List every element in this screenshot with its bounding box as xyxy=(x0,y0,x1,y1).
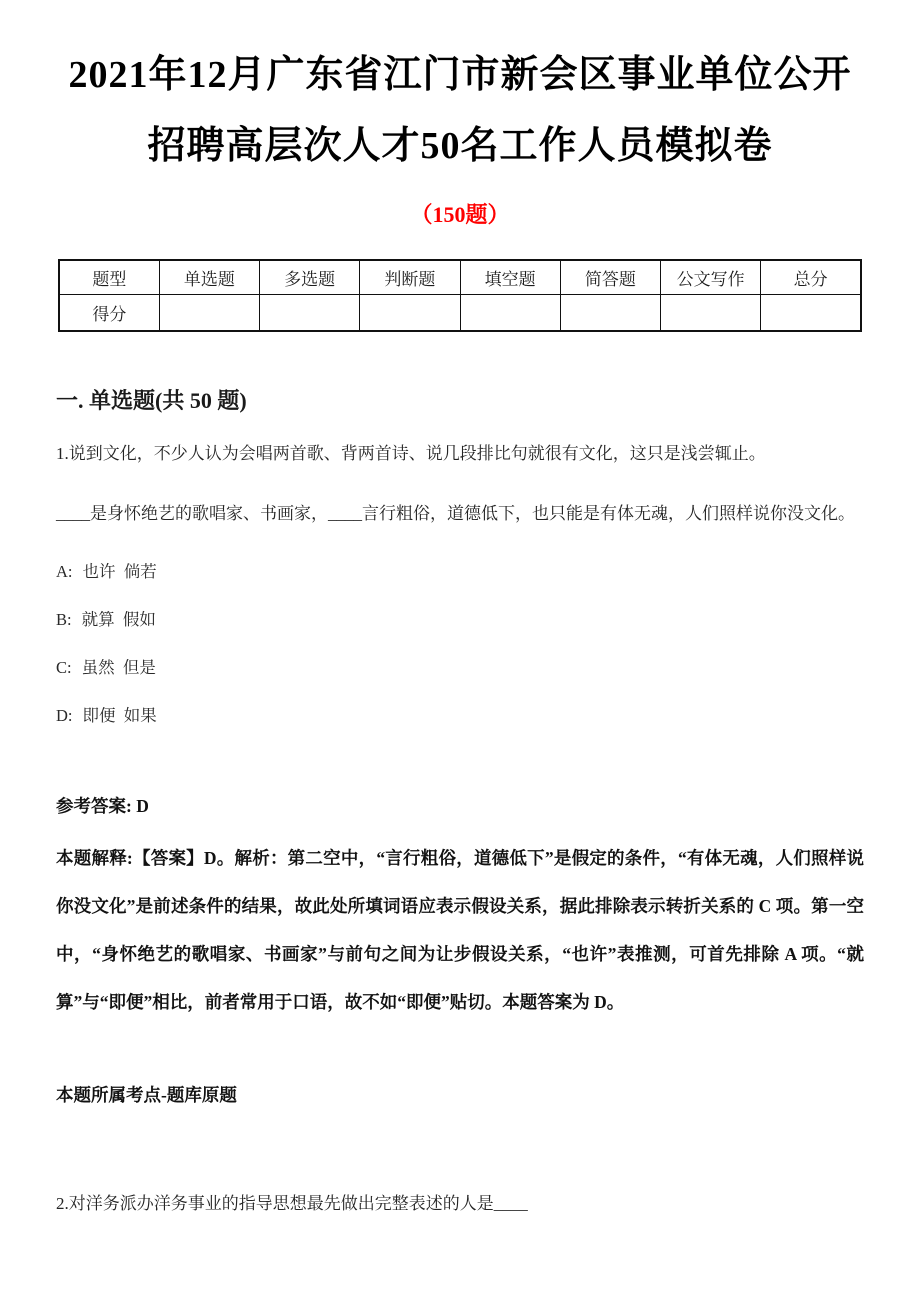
score-empty-cell xyxy=(460,294,560,331)
reference-answer-label: 参考答案: xyxy=(56,796,132,816)
score-table-header-cell: 判断题 xyxy=(360,260,460,294)
option-b-label: B: xyxy=(56,610,72,629)
score-empty-cell xyxy=(260,294,360,331)
score-empty-cell xyxy=(661,294,761,331)
option-b-text: 就算 假如 xyxy=(82,610,156,629)
option-a-text: 也许 倘若 xyxy=(83,562,157,581)
option-d-label: D: xyxy=(56,706,73,725)
score-table-header-cell: 填空题 xyxy=(460,260,560,294)
option-a: A:也许 倘若 xyxy=(56,561,864,583)
score-empty-cell xyxy=(360,294,460,331)
score-table-header-cell: 总分 xyxy=(761,260,861,294)
option-b: B:就算 假如 xyxy=(56,609,864,631)
score-empty-cell xyxy=(560,294,660,331)
explanation-label: 本题解释: xyxy=(56,848,133,868)
option-c: C:虽然 但是 xyxy=(56,657,864,679)
option-a-label: A: xyxy=(56,562,73,581)
question-1-text: 1.说到文化，不少人认为会唱两首歌、背两首诗、说几段排比句就很有文化，这只是浅尝… xyxy=(56,441,864,467)
reference-answer-line: 参考答案: D xyxy=(56,793,864,818)
score-table: 题型 单选题 多选题 判断题 填空题 简答题 公文写作 总分 得分 xyxy=(58,259,862,332)
option-c-label: C: xyxy=(56,658,72,677)
option-d: D:即便 如果 xyxy=(56,705,864,727)
question-1-options: A:也许 倘若 B:就算 假如 C:虽然 但是 D:即便 如果 xyxy=(56,561,864,727)
score-table-header-cell: 简答题 xyxy=(560,260,660,294)
score-table-header-row: 题型 单选题 多选题 判断题 填空题 简答题 公文写作 总分 xyxy=(59,260,861,294)
explanation-text: 【答案】D。解析：第二空中，“言行粗俗，道德低下”是假定的条件，“有体无魂，人们… xyxy=(56,848,864,1012)
score-row-label-cell: 得分 xyxy=(59,294,159,331)
score-table-score-row: 得分 xyxy=(59,294,861,331)
document-title: 2021年12月广东省江门市新会区事业单位公开招聘高层次人才50名工作人员模拟卷 xyxy=(62,40,858,182)
score-empty-cell xyxy=(761,294,861,331)
option-d-text: 即便 如果 xyxy=(83,706,157,725)
score-table-header-cell: 多选题 xyxy=(260,260,360,294)
reference-answer-value: D xyxy=(136,796,149,816)
question-2-text: 2.对洋务派办洋务事业的指导思想最先做出完整表述的人是____ xyxy=(56,1189,864,1214)
question-1-fill-text: ____是身怀绝艺的歌唱家、书画家，____言行粗俗，道德低下，也只能是有体无魂… xyxy=(56,493,864,535)
score-empty-cell xyxy=(159,294,259,331)
score-table-header-cell: 题型 xyxy=(59,260,159,294)
topic-note: 本题所属考点-题库原题 xyxy=(56,1082,864,1107)
score-table-header-cell: 公文写作 xyxy=(661,260,761,294)
score-table-header-cell: 单选题 xyxy=(159,260,259,294)
exam-document-page: 2021年12月广东省江门市新会区事业单位公开招聘高层次人才50名工作人员模拟卷… xyxy=(0,0,920,1302)
option-c-text: 虽然 但是 xyxy=(82,658,156,677)
question-count-subtitle: （150题） xyxy=(56,198,864,229)
section-heading: 一. 单选题(共 50 题) xyxy=(56,384,864,415)
question-explanation: 本题解释:【答案】D。解析：第二空中，“言行粗俗，道德低下”是假定的条件，“有体… xyxy=(56,834,864,1026)
